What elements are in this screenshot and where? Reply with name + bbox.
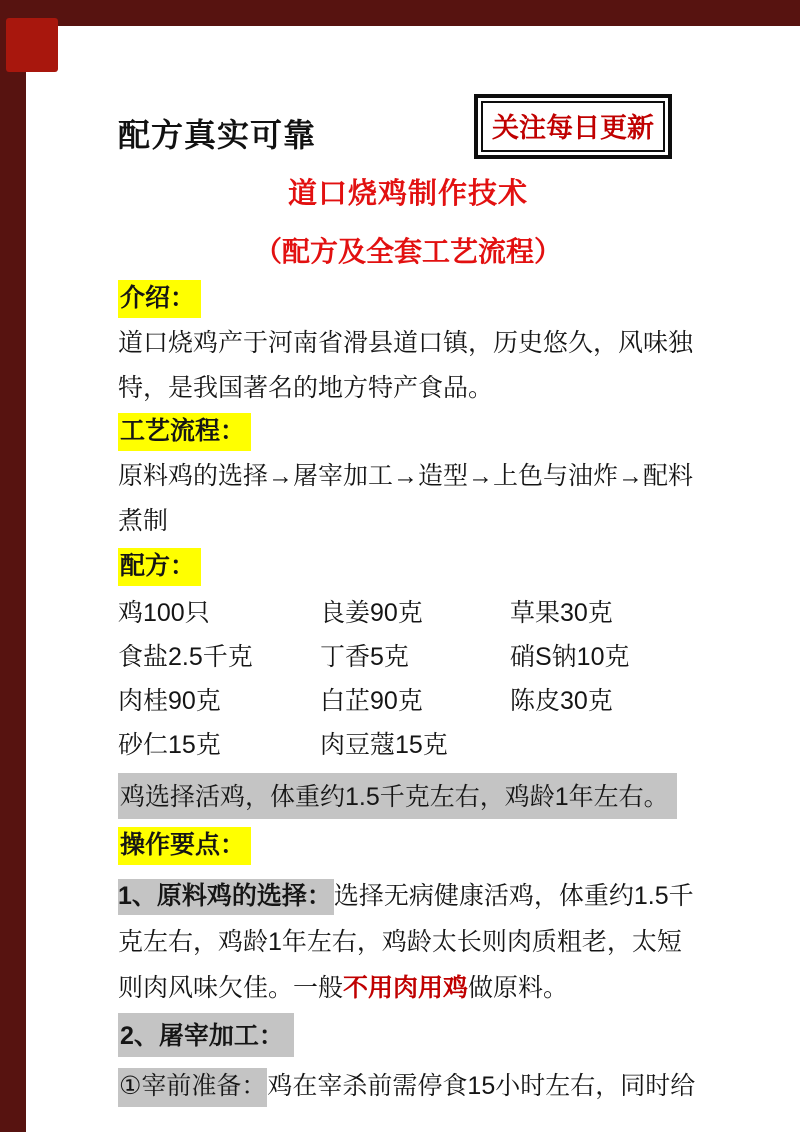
intro-paragraph: 道口烧鸡产于河南省滑县道口镇，历史悠久，风味独 特，是我国著名的地方特产食品。 (118, 321, 698, 411)
ingredient-cell: 草果30克 (510, 591, 698, 635)
point-1-paragraph: 1、原料鸡的选择：选择无病健康活鸡，体重约1.5千克左右，鸡龄1年左右，鸡龄太长… (118, 873, 698, 1011)
section-label-recipe: 配方： (118, 548, 201, 586)
corner-red-square (6, 18, 58, 72)
ingredient-cell: 硝S钠10克 (510, 635, 698, 679)
process-paragraph: 原料鸡的选择→屠宰加工→造型→上色与油炸→配料 煮制 (118, 454, 698, 544)
ingredient-cell: 肉桂90克 (118, 679, 320, 723)
process-line-2: 煮制 (118, 499, 698, 544)
ingredient-cell (510, 723, 698, 767)
ingredient-cell: 砂仁15克 (118, 723, 320, 767)
ingredient-cell: 白芷90克 (320, 679, 510, 723)
section-label-process: 工艺流程： (118, 413, 251, 451)
document-page: 配方真实可靠 关注每日更新 道口烧鸡制作技术 （配方及全套工艺流程） 介绍： 道… (118, 0, 698, 1106)
ingredient-cell: 鸡100只 (118, 591, 320, 635)
ingredient-cell: 陈皮30克 (510, 679, 698, 723)
follow-badge-label: 关注每日更新 (481, 101, 665, 152)
ingredient-cell: 肉豆蔻15克 (320, 723, 510, 767)
section-label-intro: 介绍： (118, 280, 201, 318)
point-1-heading: 1、原料鸡的选择： (118, 879, 334, 915)
ingredient-table: 鸡100只 良姜90克 草果30克 食盐2.5千克 丁香5克 硝S钠10克 肉桂… (118, 591, 698, 767)
page-left-border (0, 0, 26, 1132)
follow-badge: 关注每日更新 (474, 94, 672, 159)
process-line-1: 原料鸡的选择→屠宰加工→造型→上色与油炸→配料 (118, 454, 698, 499)
point-1-text-after: 做原料。 (468, 974, 568, 1002)
chicken-selection-note: 鸡选择活鸡，体重约1.5千克左右，鸡龄1年左右。 (118, 773, 677, 819)
point-2-heading: 2、屠宰加工： (118, 1013, 294, 1057)
ingredient-cell: 食盐2.5千克 (118, 635, 320, 679)
header-note: 配方真实可靠 (118, 94, 316, 156)
intro-line-2: 特，是我国著名的地方特产食品。 (118, 366, 698, 411)
document-title: 道口烧鸡制作技术 (118, 171, 698, 212)
point-2-sub-1: ①宰前准备：鸡在宰杀前需停食15小时左右，同时给 (118, 1066, 698, 1106)
ingredient-cell: 丁香5克 (320, 635, 510, 679)
ingredient-cell: 良姜90克 (320, 591, 510, 635)
intro-line-1: 道口烧鸡产于河南省滑县道口镇，历史悠久，风味独 (118, 321, 698, 366)
section-label-points: 操作要点： (118, 827, 251, 865)
page-header: 配方真实可靠 关注每日更新 (118, 94, 698, 159)
point-1-emphasis: 不用肉用鸡 (343, 974, 468, 1002)
document-subtitle: （配方及全套工艺流程） (118, 230, 698, 270)
point-2-sub-1-heading: ①宰前准备： (118, 1068, 267, 1107)
point-2-sub-1-text: 鸡在宰杀前需停食15小时左右，同时给 (267, 1072, 695, 1100)
